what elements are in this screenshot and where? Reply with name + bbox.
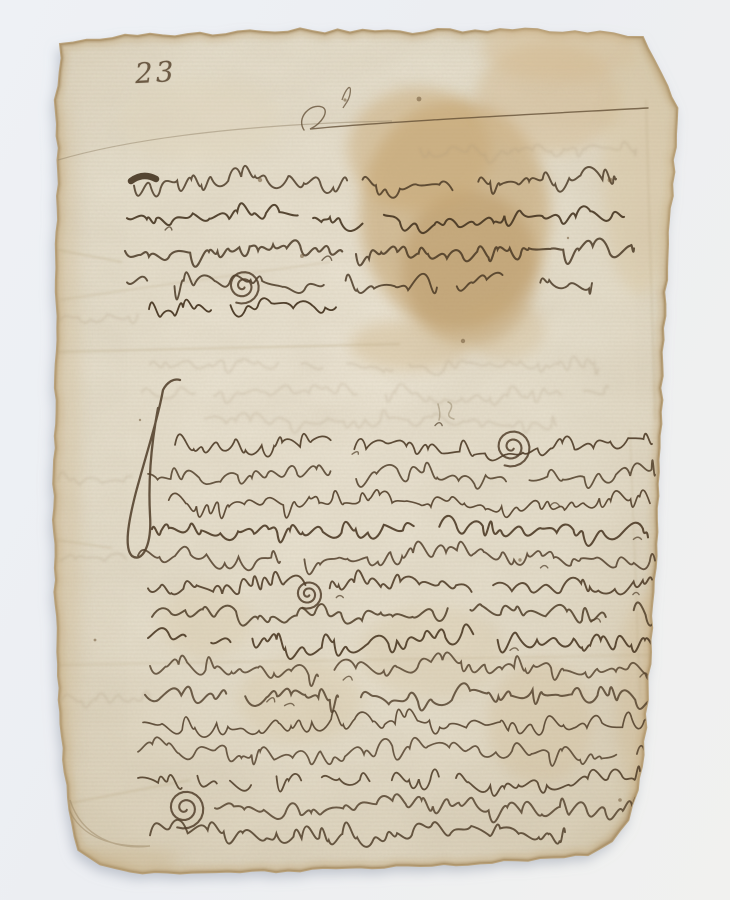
manuscript-page bbox=[0, 0, 730, 900]
photo-background: 23 bbox=[0, 0, 730, 900]
